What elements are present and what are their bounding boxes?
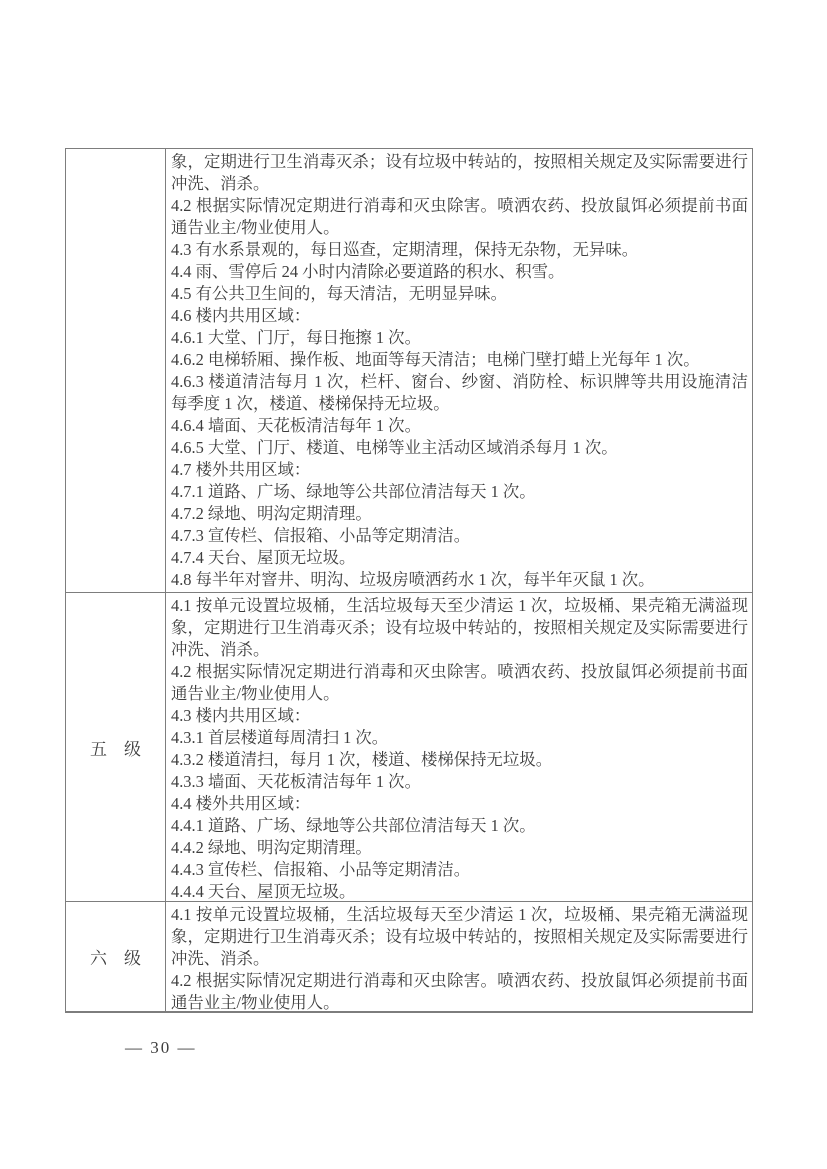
clause-paragraph: 4.7.3 宣传栏、信报箱、小品等定期清洁。	[171, 525, 748, 547]
level-label: 六 级	[90, 944, 141, 969]
clause-paragraph: 4.4 楼外共用区域：	[171, 793, 748, 815]
clause-paragraph: 4.3 楼内共用区域：	[171, 705, 748, 727]
level-label-cell: 六 级	[66, 902, 166, 1011]
table-row: 象，定期进行卫生消毒灭杀；设有垃圾中转站的，按照相关规定及实际需要进行冲洗、消杀…	[66, 149, 752, 593]
clause-paragraph: 4.4 雨、雪停后 24 小时内清除必要道路的积水、积雪。	[171, 261, 748, 283]
requirements-cell: 4.1 按单元设置垃圾桶，生活垃圾每天至少清运 1 次，垃圾桶、果壳箱无满溢现象…	[166, 902, 752, 1011]
clause-paragraph: 4.4.1 道路、广场、绿地等公共部位清洁每天 1 次。	[171, 815, 748, 837]
clause-paragraph: 4.6.1 大堂、门厅，每日拖擦 1 次。	[171, 327, 748, 349]
level-label: 五 级	[90, 735, 141, 760]
clause-paragraph: 4.4.4 天台、屋顶无垃圾。	[171, 881, 748, 901]
table-row: 五 级 4.1 按单元设置垃圾桶，生活垃圾每天至少清运 1 次，垃圾桶、果壳箱无…	[66, 593, 752, 902]
clause-paragraph: 4.4.3 宣传栏、信报箱、小品等定期清洁。	[171, 859, 748, 881]
clause-paragraph: 4.2 根据实际情况定期进行消毒和灭虫除害。喷洒农药、投放鼠饵必须提前书面通告业…	[171, 970, 748, 1011]
document-page: 象，定期进行卫生消毒灭杀；设有垃圾中转站的，按照相关规定及实际需要进行冲洗、消杀…	[0, 0, 827, 1169]
level-label-cell: 五 级	[66, 593, 166, 901]
clause-paragraph: 4.1 按单元设置垃圾桶，生活垃圾每天至少清运 1 次，垃圾桶、果壳箱无满溢现象…	[171, 904, 748, 970]
clause-paragraph: 4.7 楼外共用区域：	[171, 459, 748, 481]
clause-paragraph: 4.6.5 大堂、门厅、楼道、电梯等业主活动区域消杀每月 1 次。	[171, 437, 748, 459]
clause-paragraph: 4.6 楼内共用区域：	[171, 305, 748, 327]
clause-paragraph: 4.3 有水系景观的，每日巡查，定期清理，保持无杂物，无异味。	[171, 239, 748, 261]
level-label-cell	[66, 149, 166, 592]
clause-paragraph: 4.5 有公共卫生间的，每天清洁，无明显异味。	[171, 283, 748, 305]
clause-paragraph: 4.7.4 天台、屋顶无垃圾。	[171, 547, 748, 569]
clause-paragraph: 4.3.1 首层楼道每周清扫 1 次。	[171, 727, 748, 749]
clause-paragraph: 4.7.2 绿地、明沟定期清理。	[171, 503, 748, 525]
clause-paragraph: 4.6.3 楼道清洁每月 1 次，栏杆、窗台、纱窗、消防栓、标识牌等共用设施清洁…	[171, 371, 748, 415]
clause-paragraph: 4.7.1 道路、广场、绿地等公共部位清洁每天 1 次。	[171, 481, 748, 503]
clause-paragraph: 4.3.2 楼道清扫，每月 1 次，楼道、楼梯保持无垃圾。	[171, 749, 748, 771]
clause-paragraph: 4.6.4 墙面、天花板清洁每年 1 次。	[171, 415, 748, 437]
table-row: 六 级 4.1 按单元设置垃圾桶，生活垃圾每天至少清运 1 次，垃圾桶、果壳箱无…	[66, 902, 752, 1011]
cleaning-standards-table: 象，定期进行卫生消毒灭杀；设有垃圾中转站的，按照相关规定及实际需要进行冲洗、消杀…	[65, 148, 753, 1013]
page-number: — 30 —	[125, 1038, 197, 1058]
requirements-cell: 4.1 按单元设置垃圾桶，生活垃圾每天至少清运 1 次，垃圾桶、果壳箱无满溢现象…	[166, 593, 752, 901]
clause-paragraph: 4.1 按单元设置垃圾桶，生活垃圾每天至少清运 1 次，垃圾桶、果壳箱无满溢现象…	[171, 595, 748, 661]
clause-paragraph: 4.2 根据实际情况定期进行消毒和灭虫除害。喷洒农药、投放鼠饵必须提前书面通告业…	[171, 661, 748, 705]
clause-paragraph: 4.2 根据实际情况定期进行消毒和灭虫除害。喷洒农药、投放鼠饵必须提前书面通告业…	[171, 195, 748, 239]
requirements-cell: 象，定期进行卫生消毒灭杀；设有垃圾中转站的，按照相关规定及实际需要进行冲洗、消杀…	[166, 149, 752, 592]
clause-paragraph: 4.3.3 墙面、天花板清洁每年 1 次。	[171, 771, 748, 793]
clause-paragraph: 4.8 每半年对窨井、明沟、垃圾房喷洒药水 1 次，每半年灭鼠 1 次。	[171, 569, 748, 591]
clause-paragraph: 象，定期进行卫生消毒灭杀；设有垃圾中转站的，按照相关规定及实际需要进行冲洗、消杀…	[171, 151, 748, 195]
clause-paragraph: 4.4.2 绿地、明沟定期清理。	[171, 837, 748, 859]
clause-paragraph: 4.6.2 电梯轿厢、操作板、地面等每天清洁；电梯门壁打蜡上光每年 1 次。	[171, 349, 748, 371]
